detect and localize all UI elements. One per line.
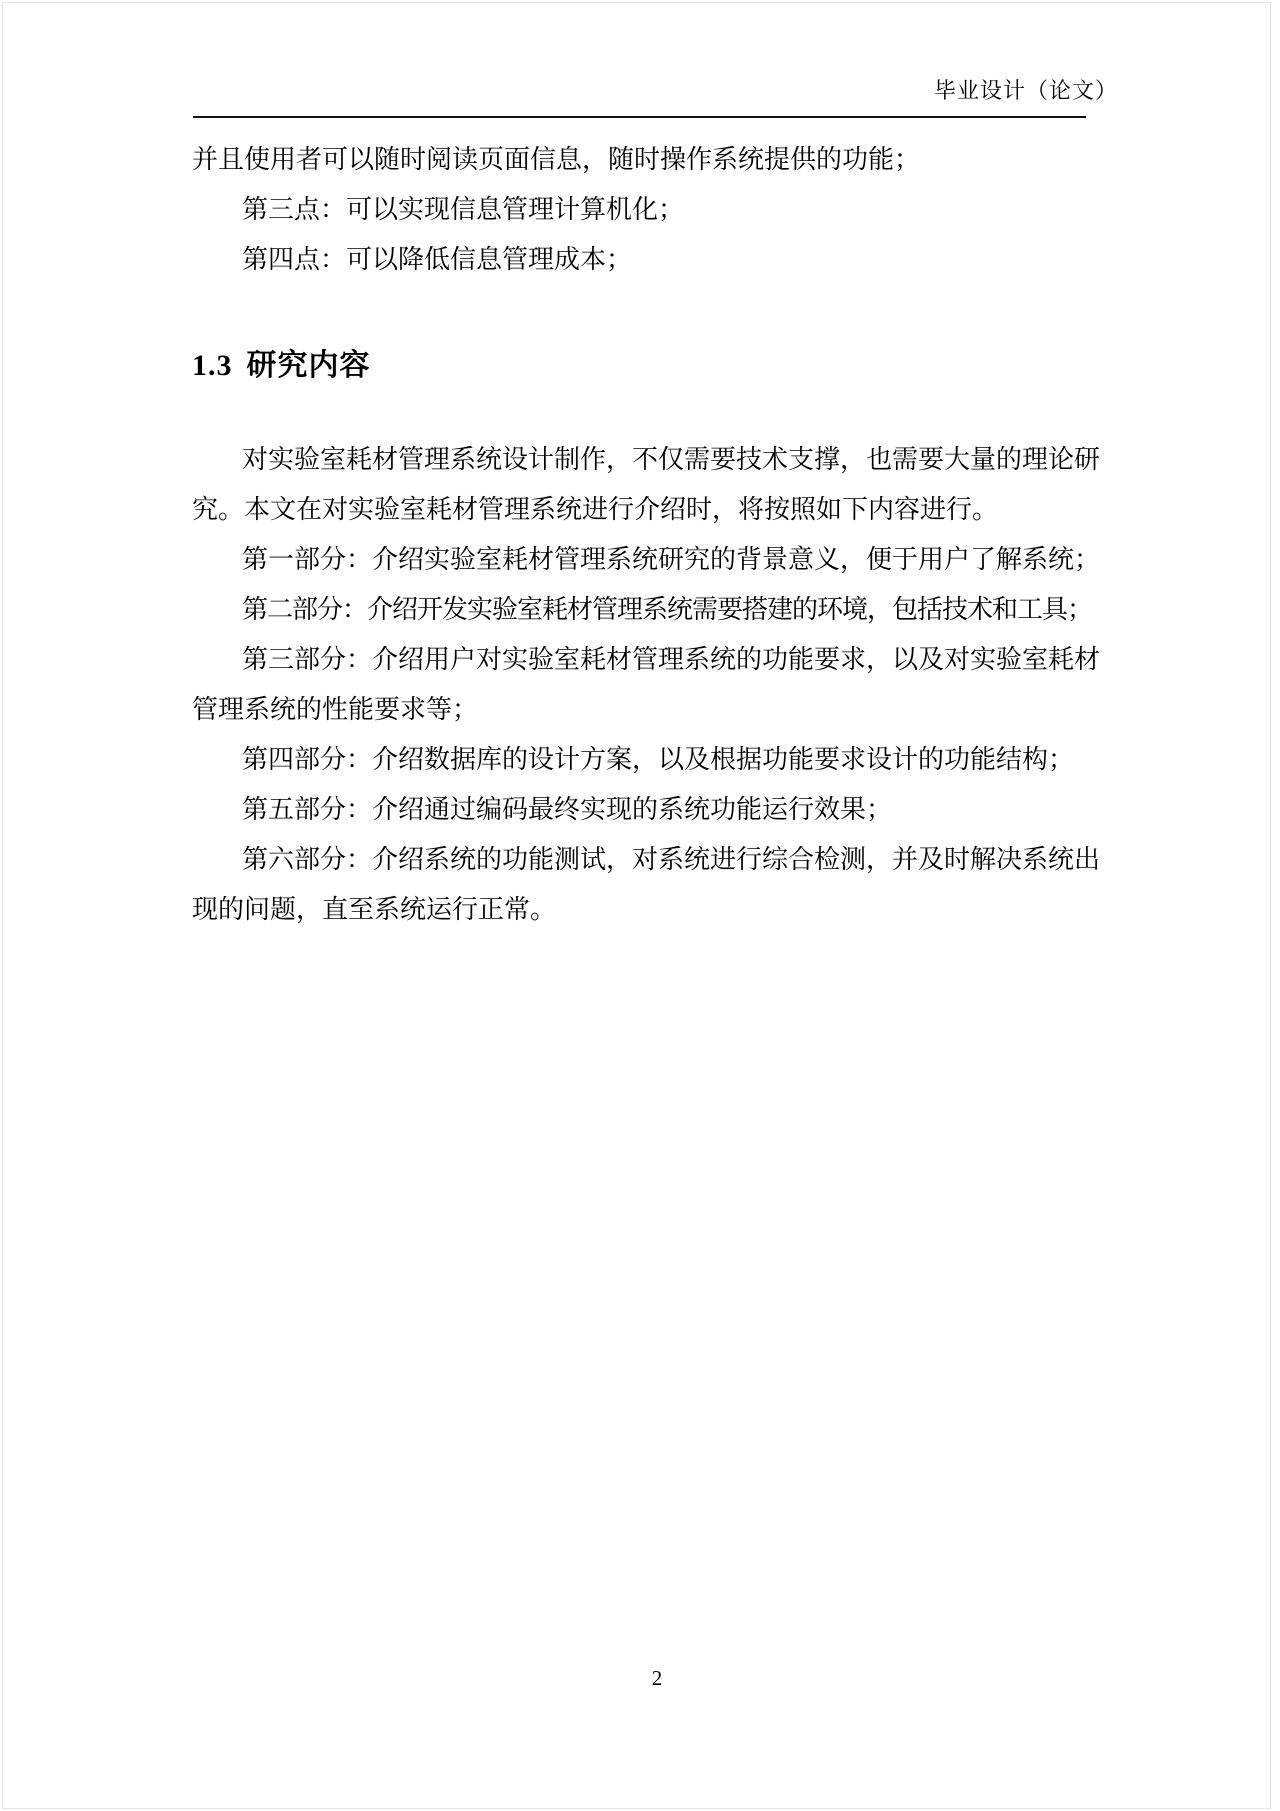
paragraph-line: 管理系统的性能要求等； <box>192 685 1098 735</box>
paragraph-line: 并且使用者可以随时阅读页面信息，随时操作系统提供的功能； <box>192 135 1098 185</box>
page-number: 2 <box>652 1666 663 1690</box>
document-page: 毕业设计（论文） 并且使用者可以随时阅读页面信息，随时操作系统提供的功能； 第三… <box>0 0 1280 1811</box>
page-content: 并且使用者可以随时阅读页面信息，随时操作系统提供的功能； 第三点：可以实现信息管… <box>192 135 1098 935</box>
section-heading-title: 研究内容 <box>247 349 371 382</box>
paragraph-line: 现的问题，直至系统运行正常。 <box>192 885 1098 935</box>
paragraph-line: 第一部分：介绍实验室耗材管理系统研究的背景意义，便于用户了解系统； <box>192 535 1098 585</box>
paragraph-line: 第二部分：介绍开发实验室耗材管理系统需要搭建的环境，包括技术和工具； <box>192 585 1098 635</box>
header-rule <box>193 116 1086 118</box>
section-heading: 1.3研究内容 <box>192 340 1098 392</box>
paragraph-line: 第四部分：介绍数据库的设计方案，以及根据功能要求设计的功能结构； <box>192 735 1098 785</box>
section-heading-number: 1.3 <box>192 349 233 382</box>
header-title: 毕业设计（论文） <box>934 78 1118 103</box>
paragraph-line: 第四点：可以降低信息管理成本； <box>192 235 1098 285</box>
paragraph-line: 第五部分：介绍通过编码最终实现的系统功能运行效果； <box>192 785 1098 835</box>
paragraph-line: 对实验室耗材管理系统设计制作，不仅需要技术支撑，也需要大量的理论研 <box>192 435 1098 485</box>
page-header: 毕业设计（论文） <box>192 76 1118 106</box>
page-footer: 2 <box>34 1663 1280 1693</box>
paragraph-line: 第三部分：介绍用户对实验室耗材管理系统的功能要求，以及对实验室耗材 <box>192 635 1098 685</box>
paragraph-line: 第六部分：介绍系统的功能测试，对系统进行综合检测，并及时解决系统出 <box>192 835 1098 885</box>
paragraph-line: 第三点：可以实现信息管理计算机化； <box>192 185 1098 235</box>
paragraph-line: 究。本文在对实验室耗材管理系统进行介绍时，将按照如下内容进行。 <box>192 485 1098 535</box>
